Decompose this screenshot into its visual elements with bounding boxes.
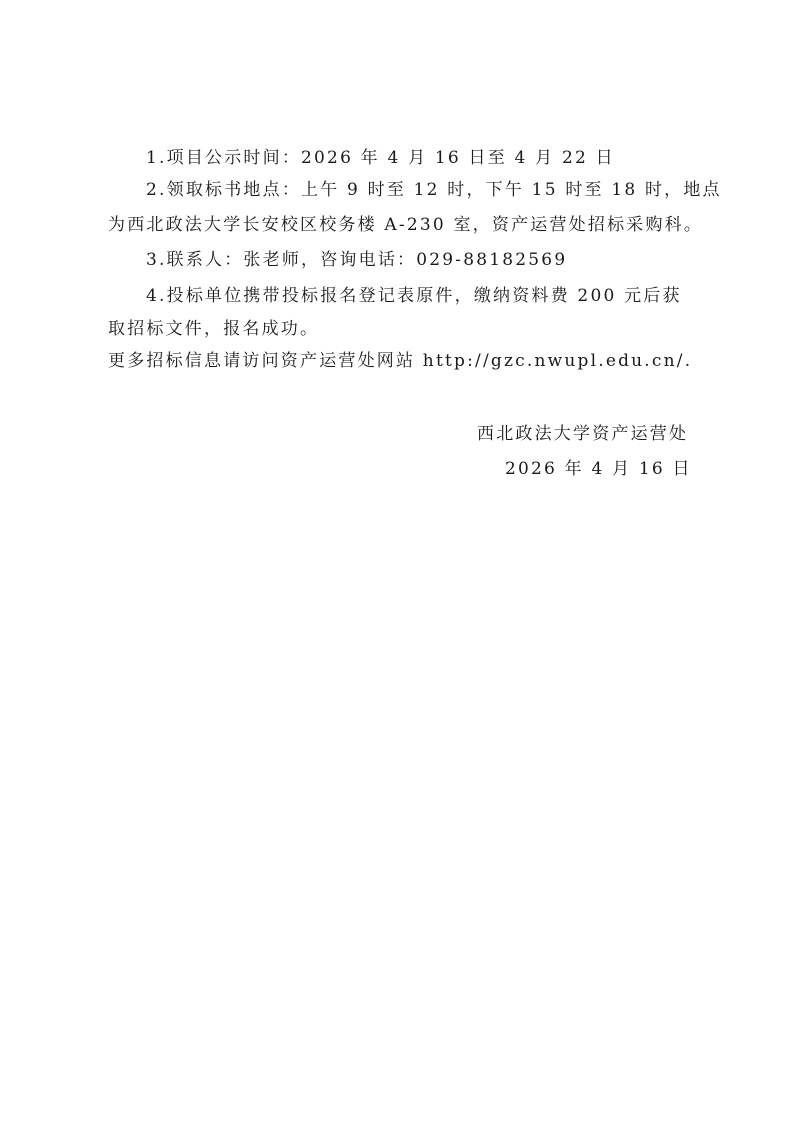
item-pickup-location: 2.领取标书地点：上午 9 时至 12 时，下午 15 时至 18 时，地点 <box>146 180 722 200</box>
more-info-website: 更多招标信息请访问资产运营处网站 http://gzc.nwupl.edu.cn… <box>108 351 692 371</box>
item-registration: 4.投标单位携带投标报名登记表原件，缴纳资料费 200 元后获 <box>146 286 682 306</box>
signature-date: 2026 年 4 月 16 日 <box>505 459 692 479</box>
signature-organization: 西北政法大学资产运营处 <box>477 424 688 444</box>
item-registration-cont: 取招标文件，报名成功。 <box>108 319 319 339</box>
item-pickup-location-cont: 为西北政法大学长安校区校务楼 A-230 室，资产运营处招标采购科。 <box>108 215 703 235</box>
item-contact: 3.联系人：张老师，咨询电话：029-88182569 <box>146 250 567 270</box>
document-page: 1.项目公示时间：2026 年 4 月 16 日至 4 月 22 日 2.领取标… <box>0 0 793 1122</box>
item-publicity-period: 1.项目公示时间：2026 年 4 月 16 日至 4 月 22 日 <box>146 148 615 168</box>
